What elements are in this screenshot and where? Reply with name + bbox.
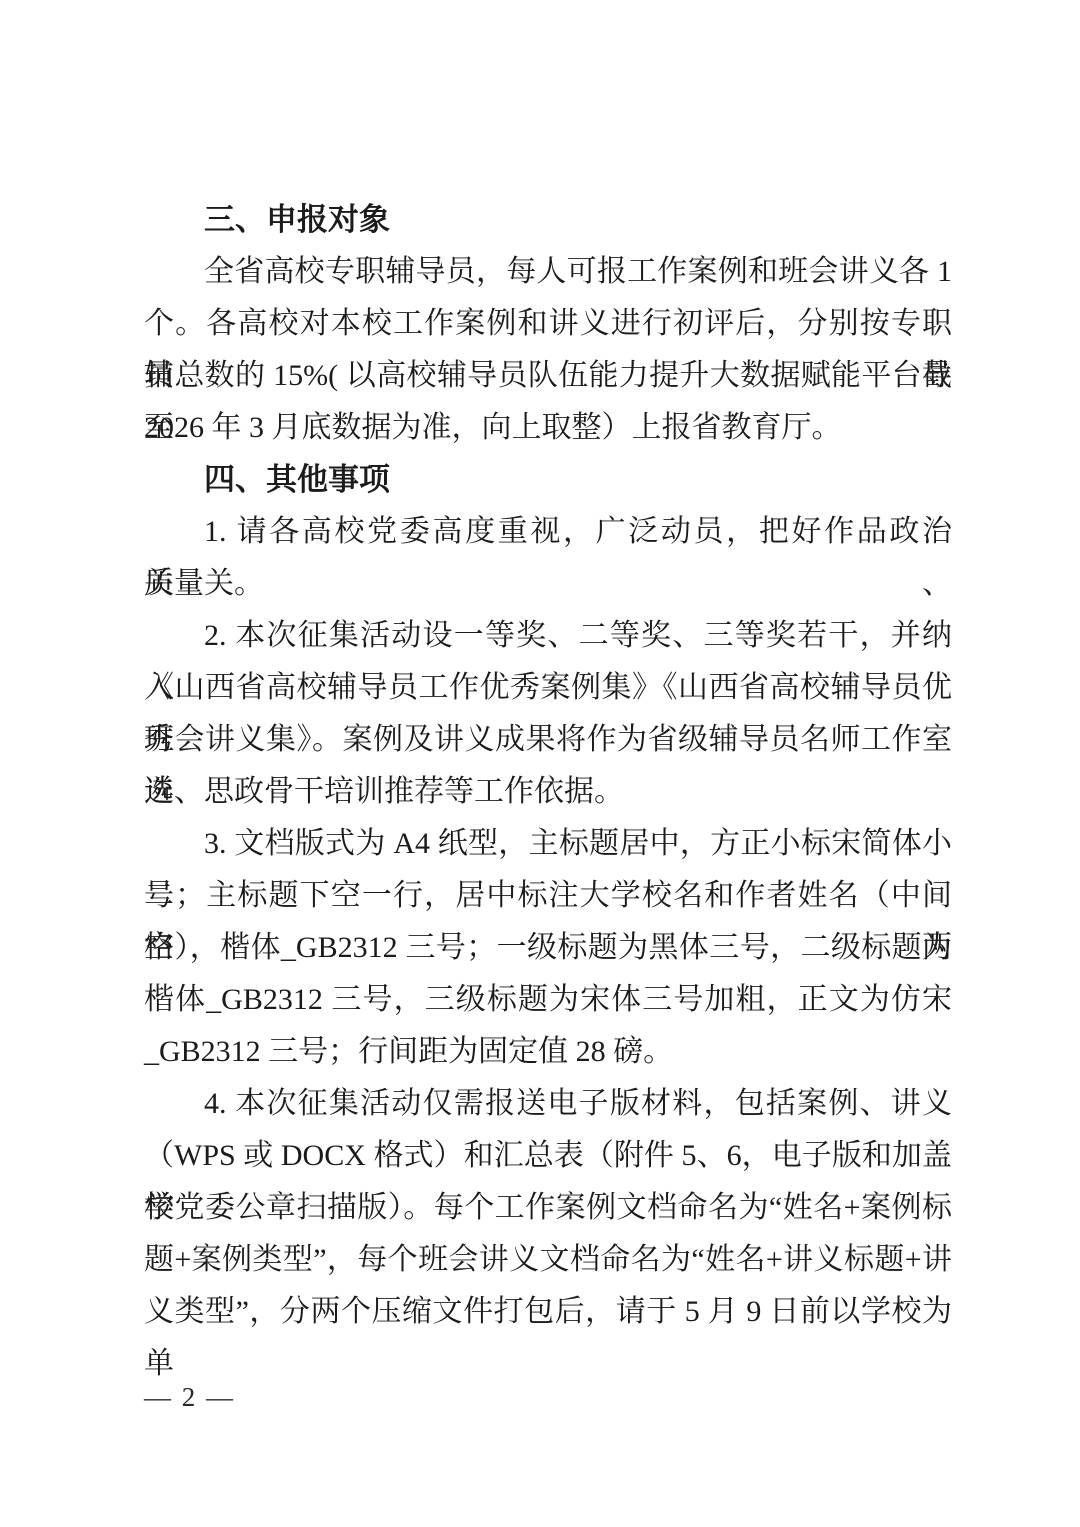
text-line: 号；主标题下空一行，居中标注大学校名和作者姓名（中间空两 [144, 870, 952, 922]
text-line: 3. 文档版式为 A4 纸型，主标题居中，方正小标宋简体小二 [144, 818, 952, 870]
text-line: （WPS 或 DOCX 格式）和汇总表（附件 5、6，电子版和加盖学 [144, 1130, 952, 1182]
text-line: 楷体_GB2312 三号，三级标题为宋体三号加粗，正文为仿宋 [144, 974, 952, 1026]
text-line: 个。各高校对本校工作案例和讲义进行初评后，分别按专职辅导 [144, 298, 952, 350]
text-line: 题+案例类型”，每个班会讲义文档命名为“姓名+讲义标题+讲 [144, 1234, 952, 1286]
heading-section-4: 四、其他事项 [144, 454, 952, 506]
text-line: 1. 请各高校党委高度重视，广泛动员，把好作品政治关、 [144, 506, 952, 558]
text-line: 班会讲义集》。案例及讲义成果将作为省级辅导员名师工作室遴 [144, 714, 952, 766]
page-number: — 2 — [144, 1377, 235, 1417]
text-line: 校党委公章扫描版）。每个工作案例文档命名为“姓名+案例标 [144, 1182, 952, 1234]
text-line: 2. 本次征集活动设一等奖、二等奖、三等奖若干，并纳入 [144, 610, 952, 662]
text-line: 员总数的 15%( 以高校辅导员队伍能力提升大数据赋能平台截至 [144, 350, 952, 402]
text-line: 2026 年 3 月底数据为准，向上取整）上报省教育厅。 [144, 402, 952, 454]
text-line: 《山西省高校辅导员工作优秀案例集》《山西省高校辅导员优秀 [144, 662, 952, 714]
text-line: 选、思政骨干培训推荐等工作依据。 [144, 766, 952, 818]
text-line: 格），楷体_GB2312 三号；一级标题为黑体三号，二级标题为 [144, 922, 952, 974]
text-line: 全省高校专职辅导员，每人可报工作案例和班会讲义各 1 [144, 246, 952, 298]
text-line: 义类型”，分两个压缩文件打包后，请于 5 月 9 日前以学校为单 [144, 1286, 952, 1338]
document-body: 三、申报对象 全省高校专职辅导员，每人可报工作案例和班会讲义各 1 个。各高校对… [144, 194, 952, 1338]
document-page: 三、申报对象 全省高校专职辅导员，每人可报工作案例和班会讲义各 1 个。各高校对… [0, 0, 1080, 1527]
text-line: _GB2312 三号；行间距为固定值 28 磅。 [144, 1026, 952, 1078]
text-line: 4. 本次征集活动仅需报送电子版材料，包括案例、讲义 [144, 1078, 952, 1130]
heading-section-3: 三、申报对象 [144, 194, 952, 246]
